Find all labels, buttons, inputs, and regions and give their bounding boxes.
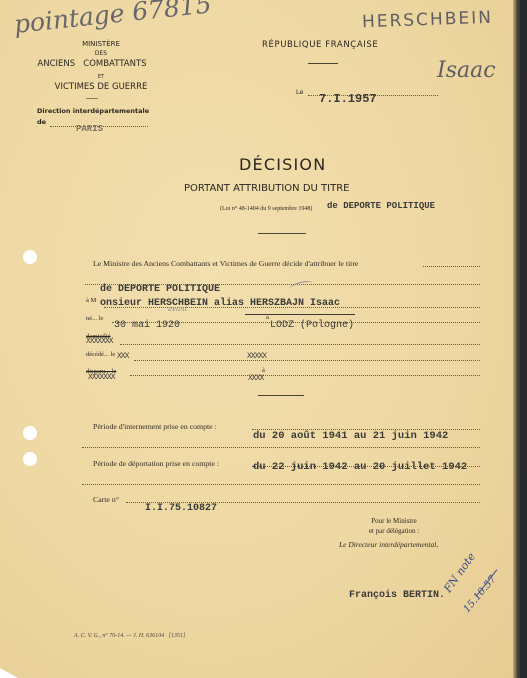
punch-hole bbox=[23, 452, 37, 466]
punch-hole bbox=[23, 426, 37, 440]
name-underline bbox=[245, 314, 355, 315]
handwritten-note-initials: FN note bbox=[441, 550, 478, 595]
title-divider bbox=[258, 233, 306, 234]
header-divider bbox=[86, 98, 98, 99]
internment-value: du 20 août 1941 au 21 juin 1942 bbox=[253, 430, 448, 442]
ministry-line-1: MINISTÈRE bbox=[76, 40, 126, 48]
born-place: LODZ (Pologne) bbox=[270, 320, 354, 331]
handwritten-pointage: pointage 67815 bbox=[12, 0, 212, 39]
direction-city: PARIS bbox=[76, 124, 103, 134]
direction-de-label: de bbox=[37, 118, 46, 126]
print-reference: A. C. V. G., n° 70-14. — J. H. 636104 [1… bbox=[74, 633, 185, 639]
body-divider bbox=[258, 395, 304, 396]
internment-dotted-line-2 bbox=[82, 447, 480, 448]
date-label: Le bbox=[296, 88, 304, 96]
date-value: 7.I.1957 bbox=[319, 92, 377, 106]
missing-dotted-line bbox=[130, 375, 480, 376]
deceased-place: XXXXX bbox=[247, 352, 266, 361]
document-page: pointage 67815 MINISTÈRE DES ANCIENS COM… bbox=[0, 0, 520, 678]
handwritten-firstname: Isaac bbox=[437, 58, 496, 83]
decision-title: DÉCISION bbox=[239, 155, 326, 174]
domicile-value: XXXXXXX bbox=[86, 337, 113, 346]
ministry-line-2: DES bbox=[76, 50, 126, 57]
signatory-name: François BERTIN. bbox=[349, 590, 445, 601]
deportation-label: Période de déportation prise en compte : bbox=[93, 459, 219, 468]
typed-title: de DEPORTE POLITIQUE bbox=[327, 201, 435, 211]
handwritten-stroke bbox=[288, 279, 314, 294]
deportation-dotted-line-2 bbox=[82, 484, 480, 485]
intro-text: Le Ministre des Anciens Combattants et V… bbox=[93, 259, 358, 268]
republic-heading: RÉPUBLIQUE FRANÇAISE bbox=[262, 40, 378, 50]
title-value: de DEPORTE POLITIQUE bbox=[100, 284, 220, 295]
missing-at-label: à bbox=[262, 367, 265, 374]
handwritten-avant: avant bbox=[168, 305, 188, 313]
born-label: né... le bbox=[86, 315, 103, 322]
deportation-value: du 22 juin 1942 au 20 juillet 1942 bbox=[253, 461, 467, 473]
page-corner bbox=[0, 668, 18, 678]
intro-dotted-line bbox=[423, 266, 480, 267]
handwritten-surname: HERSCHBEIN bbox=[362, 8, 494, 33]
signature-role: Le Directeur interdépartemental, bbox=[339, 540, 438, 549]
decision-subtitle: PORTANT ATTRIBUTION DU TITRE bbox=[184, 183, 349, 194]
deceased-dotted-line bbox=[134, 360, 480, 361]
ministry-line-5: VICTIMES DE GUERRE bbox=[36, 82, 166, 92]
signature-line-1: Pour le Ministre bbox=[354, 517, 434, 525]
direction-label: Direction interdépartementale bbox=[37, 107, 149, 115]
punch-hole bbox=[23, 250, 37, 264]
name-value: onsieur HERSCHBEIN alias HERSZBAJN Isaac bbox=[100, 298, 340, 309]
page-edge bbox=[513, 0, 520, 678]
card-value: I.I.75.10827 bbox=[145, 503, 217, 514]
republic-divider bbox=[308, 63, 338, 64]
ministry-line-3: ANCIENS COMBATTANTS bbox=[36, 59, 148, 69]
internment-label: Période d'internement prise en compte : bbox=[93, 422, 217, 431]
card-label: Carte n° bbox=[93, 495, 119, 504]
born-date: 30 mai 1920 bbox=[114, 320, 180, 331]
handwritten-note-date: 15.10.57 bbox=[462, 574, 499, 615]
deceased-date: XXX bbox=[117, 352, 128, 361]
law-reference: (Loi n° 48-1404 du 9 septembre 1948) bbox=[220, 206, 312, 212]
signature-line-2: et par délégation : bbox=[354, 527, 434, 535]
to-label: à M bbox=[86, 297, 96, 304]
missing-place: XXXX bbox=[248, 374, 263, 383]
deceased-label: décédé... le bbox=[86, 351, 115, 358]
ministry-line-4: ET bbox=[76, 74, 126, 80]
missing-date: XXXXXXX bbox=[88, 373, 115, 382]
domicile-dotted-line bbox=[120, 344, 480, 345]
born-at-label: à bbox=[266, 314, 269, 321]
